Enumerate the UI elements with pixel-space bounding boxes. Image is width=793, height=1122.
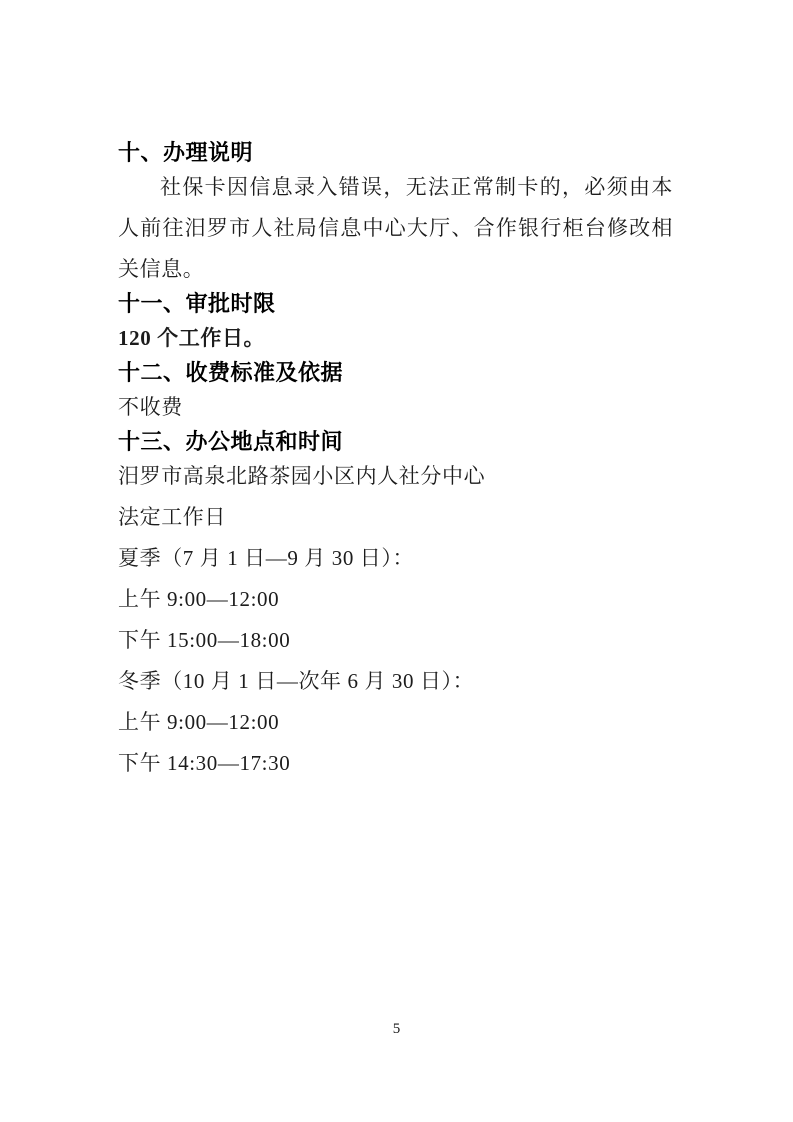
section-heading: 十二、收费标准及依据: [118, 359, 673, 387]
section-paragraph: 不收费: [118, 387, 673, 428]
summer-season-line: 夏季（7 月 1 日—9 月 30 日）：: [118, 538, 673, 579]
workday-line: 法定工作日: [118, 497, 673, 538]
section-heading: 十一、审批时限: [118, 290, 673, 318]
winter-season-line: 冬季（10 月 1 日—次年 6 月 30 日）：: [118, 661, 673, 702]
section-office-location-hours: 十三、办公地点和时间 汨罗市高泉北路茶园小区内人社分中心 法定工作日 夏季（7 …: [118, 428, 673, 784]
section-approval-time-limit: 十一、审批时限 120 个工作日。: [118, 290, 673, 359]
section-paragraph: 社保卡因信息录入错误，无法正常制卡的，必须由本人前往汨罗市人社局信息中心大厅、合…: [118, 167, 673, 290]
summer-afternoon-hours-line: 下午 15:00—18:00: [118, 620, 673, 661]
section-handling-instructions: 十、办理说明 社保卡因信息录入错误，无法正常制卡的，必须由本人前往汨罗市人社局信…: [118, 139, 673, 290]
document-page: 十、办理说明 社保卡因信息录入错误，无法正常制卡的，必须由本人前往汨罗市人社局信…: [0, 0, 793, 1122]
office-address-line: 汨罗市高泉北路茶园小区内人社分中心: [118, 456, 673, 497]
summer-morning-hours-line: 上午 9:00—12:00: [118, 579, 673, 620]
section-heading: 十、办理说明: [118, 139, 673, 167]
section-fee-standard: 十二、收费标准及依据 不收费: [118, 359, 673, 428]
winter-afternoon-hours-line: 下午 14:30—17:30: [118, 743, 673, 784]
section-paragraph: 120 个工作日。: [118, 318, 673, 359]
winter-morning-hours-line: 上午 9:00—12:00: [118, 702, 673, 743]
section-heading: 十三、办公地点和时间: [118, 428, 673, 456]
page-number: 5: [0, 1020, 793, 1038]
